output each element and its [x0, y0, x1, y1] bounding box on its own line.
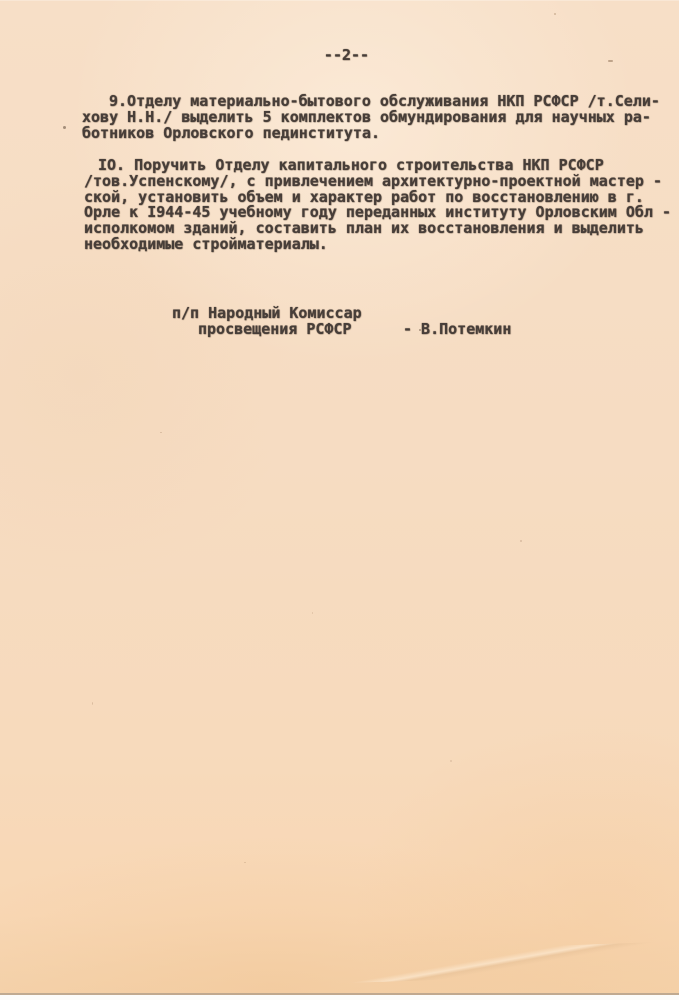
paper-speckle: [244, 862, 246, 863]
page-number: --2--: [7, 48, 679, 64]
paper-speckle: [520, 540, 522, 542]
paper-speckle: [160, 432, 162, 433]
signature-role-line-2: просвещения РСФСР: [198, 322, 352, 338]
paper-speckle: [450, 760, 452, 762]
paper-crease: [300, 941, 679, 984]
paper-speckle: [312, 612, 313, 614]
paragraph-point-10: IО. Поручить Отделу капитального строите…: [84, 158, 671, 253]
paper-background: --2-- 9.Отделу материально-бытового обсл…: [0, 0, 679, 995]
paper-speckle: [554, 13, 556, 15]
text-line: необходимые стройматериалы.: [84, 237, 671, 253]
paragraph-point-9: 9.Отделу материально-бытового обслуживан…: [82, 94, 660, 141]
paper-speckle: [63, 126, 66, 129]
scanned-document-page: --2-- 9.Отделу материально-бытового обсл…: [0, 0, 679, 1000]
paper-speckle: [92, 702, 93, 705]
text-line: ботников Орловского пединститута.: [82, 126, 660, 142]
signature-name: - В.Потемкин: [403, 322, 511, 338]
